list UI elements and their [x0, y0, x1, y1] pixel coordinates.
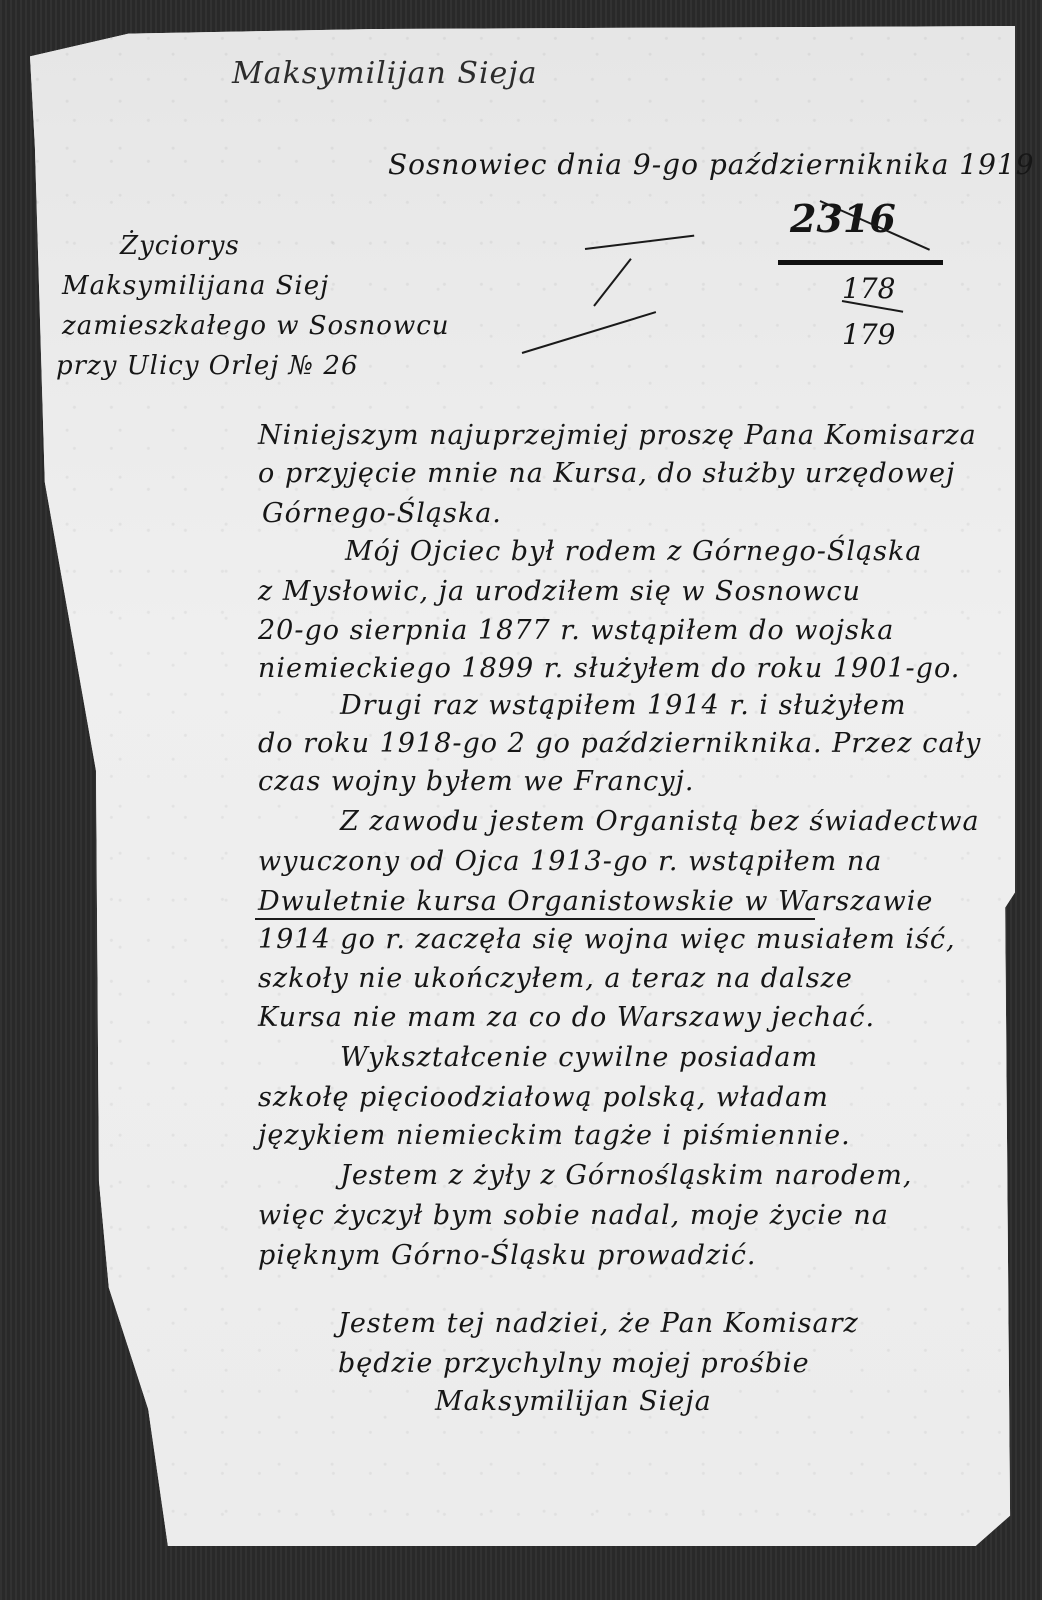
heading-residence: zamieszkałego w Sosnowcu — [62, 308, 450, 344]
body-line: Z zawodu jestem Organistą bez świadectwa — [340, 806, 980, 837]
ref-number-middle: 178 — [842, 272, 895, 305]
course-underline — [255, 918, 815, 920]
body-line: do roku 1918-go 2 go październiknika. Pr… — [258, 728, 981, 759]
body-line: szkołę pięcioodziałową polską, władam — [258, 1082, 829, 1113]
closing-line: będzie przychylny mojej prośbie — [338, 1348, 810, 1379]
body-line: o przyjęcie mnie na Kursa, do służby urz… — [258, 458, 955, 489]
heading-name: Maksymilijana Siej — [62, 268, 329, 304]
body-line: niemieckiego 1899 r. służyłem do roku 19… — [258, 653, 960, 684]
body-line: szkoły nie ukończyłem, a teraz na dalsze — [258, 963, 853, 994]
body-line: z Mysłowic, ja urodziłem się w Sosnowcu — [258, 576, 861, 607]
closing-line: Jestem tej nadziei, że Pan Komisarz — [338, 1308, 859, 1339]
body-line: Drugi raz wstąpiłem 1914 r. i służyłem — [340, 690, 906, 721]
ref-number-top: 2316 — [790, 196, 896, 241]
body-line: Mój Ojciec był rodem z Górnego-Śląska — [345, 536, 922, 567]
body-line: Niniejszym najuprzejmiej proszę Pana Kom… — [258, 420, 977, 451]
body-line: wyuczony od Ojca 1913-go r. wstąpiłem na — [258, 846, 882, 877]
ref-number-bottom: 179 — [842, 318, 895, 351]
body-line: więc życzył bym sobie nadal, moje życie … — [258, 1200, 889, 1231]
body-line: 1914 go r. zaczęła się wojna więc musiał… — [258, 924, 956, 955]
body-line: pięknym Górno-Śląsku prowadzić. — [258, 1240, 757, 1271]
body-line: 20-go sierpnia 1877 r. wstąpiłem do wojs… — [258, 615, 894, 646]
heading-title: Życiorys — [120, 228, 240, 264]
body-line: czas wojny byłem we Francyj. — [258, 766, 694, 797]
place-date-line: Sosnowiec dnia 9-go październiknika 1919… — [388, 148, 1042, 181]
heading-address: przy Ulicy Orlej № 26 — [56, 348, 359, 384]
body-line: Wykształcenie cywilne posiadam — [340, 1042, 818, 1073]
signature: Maksymilijan Sieja — [435, 1386, 712, 1417]
body-line: Dwuletnie kursa Organistowskie w Warszaw… — [258, 886, 933, 917]
top-annotation-name: Maksymilijan Sieja — [232, 56, 538, 91]
body-line: Jestem z żyły z Górnośląskim narodem, — [340, 1160, 912, 1191]
body-line: Kursa nie mam za co do Warszawy jechać. — [258, 1002, 875, 1033]
body-line: językiem niemieckim tagże i piśmiennie. — [258, 1120, 851, 1151]
body-line: Górnego-Śląska. — [262, 498, 502, 529]
ref-divider-rule — [778, 260, 943, 265]
